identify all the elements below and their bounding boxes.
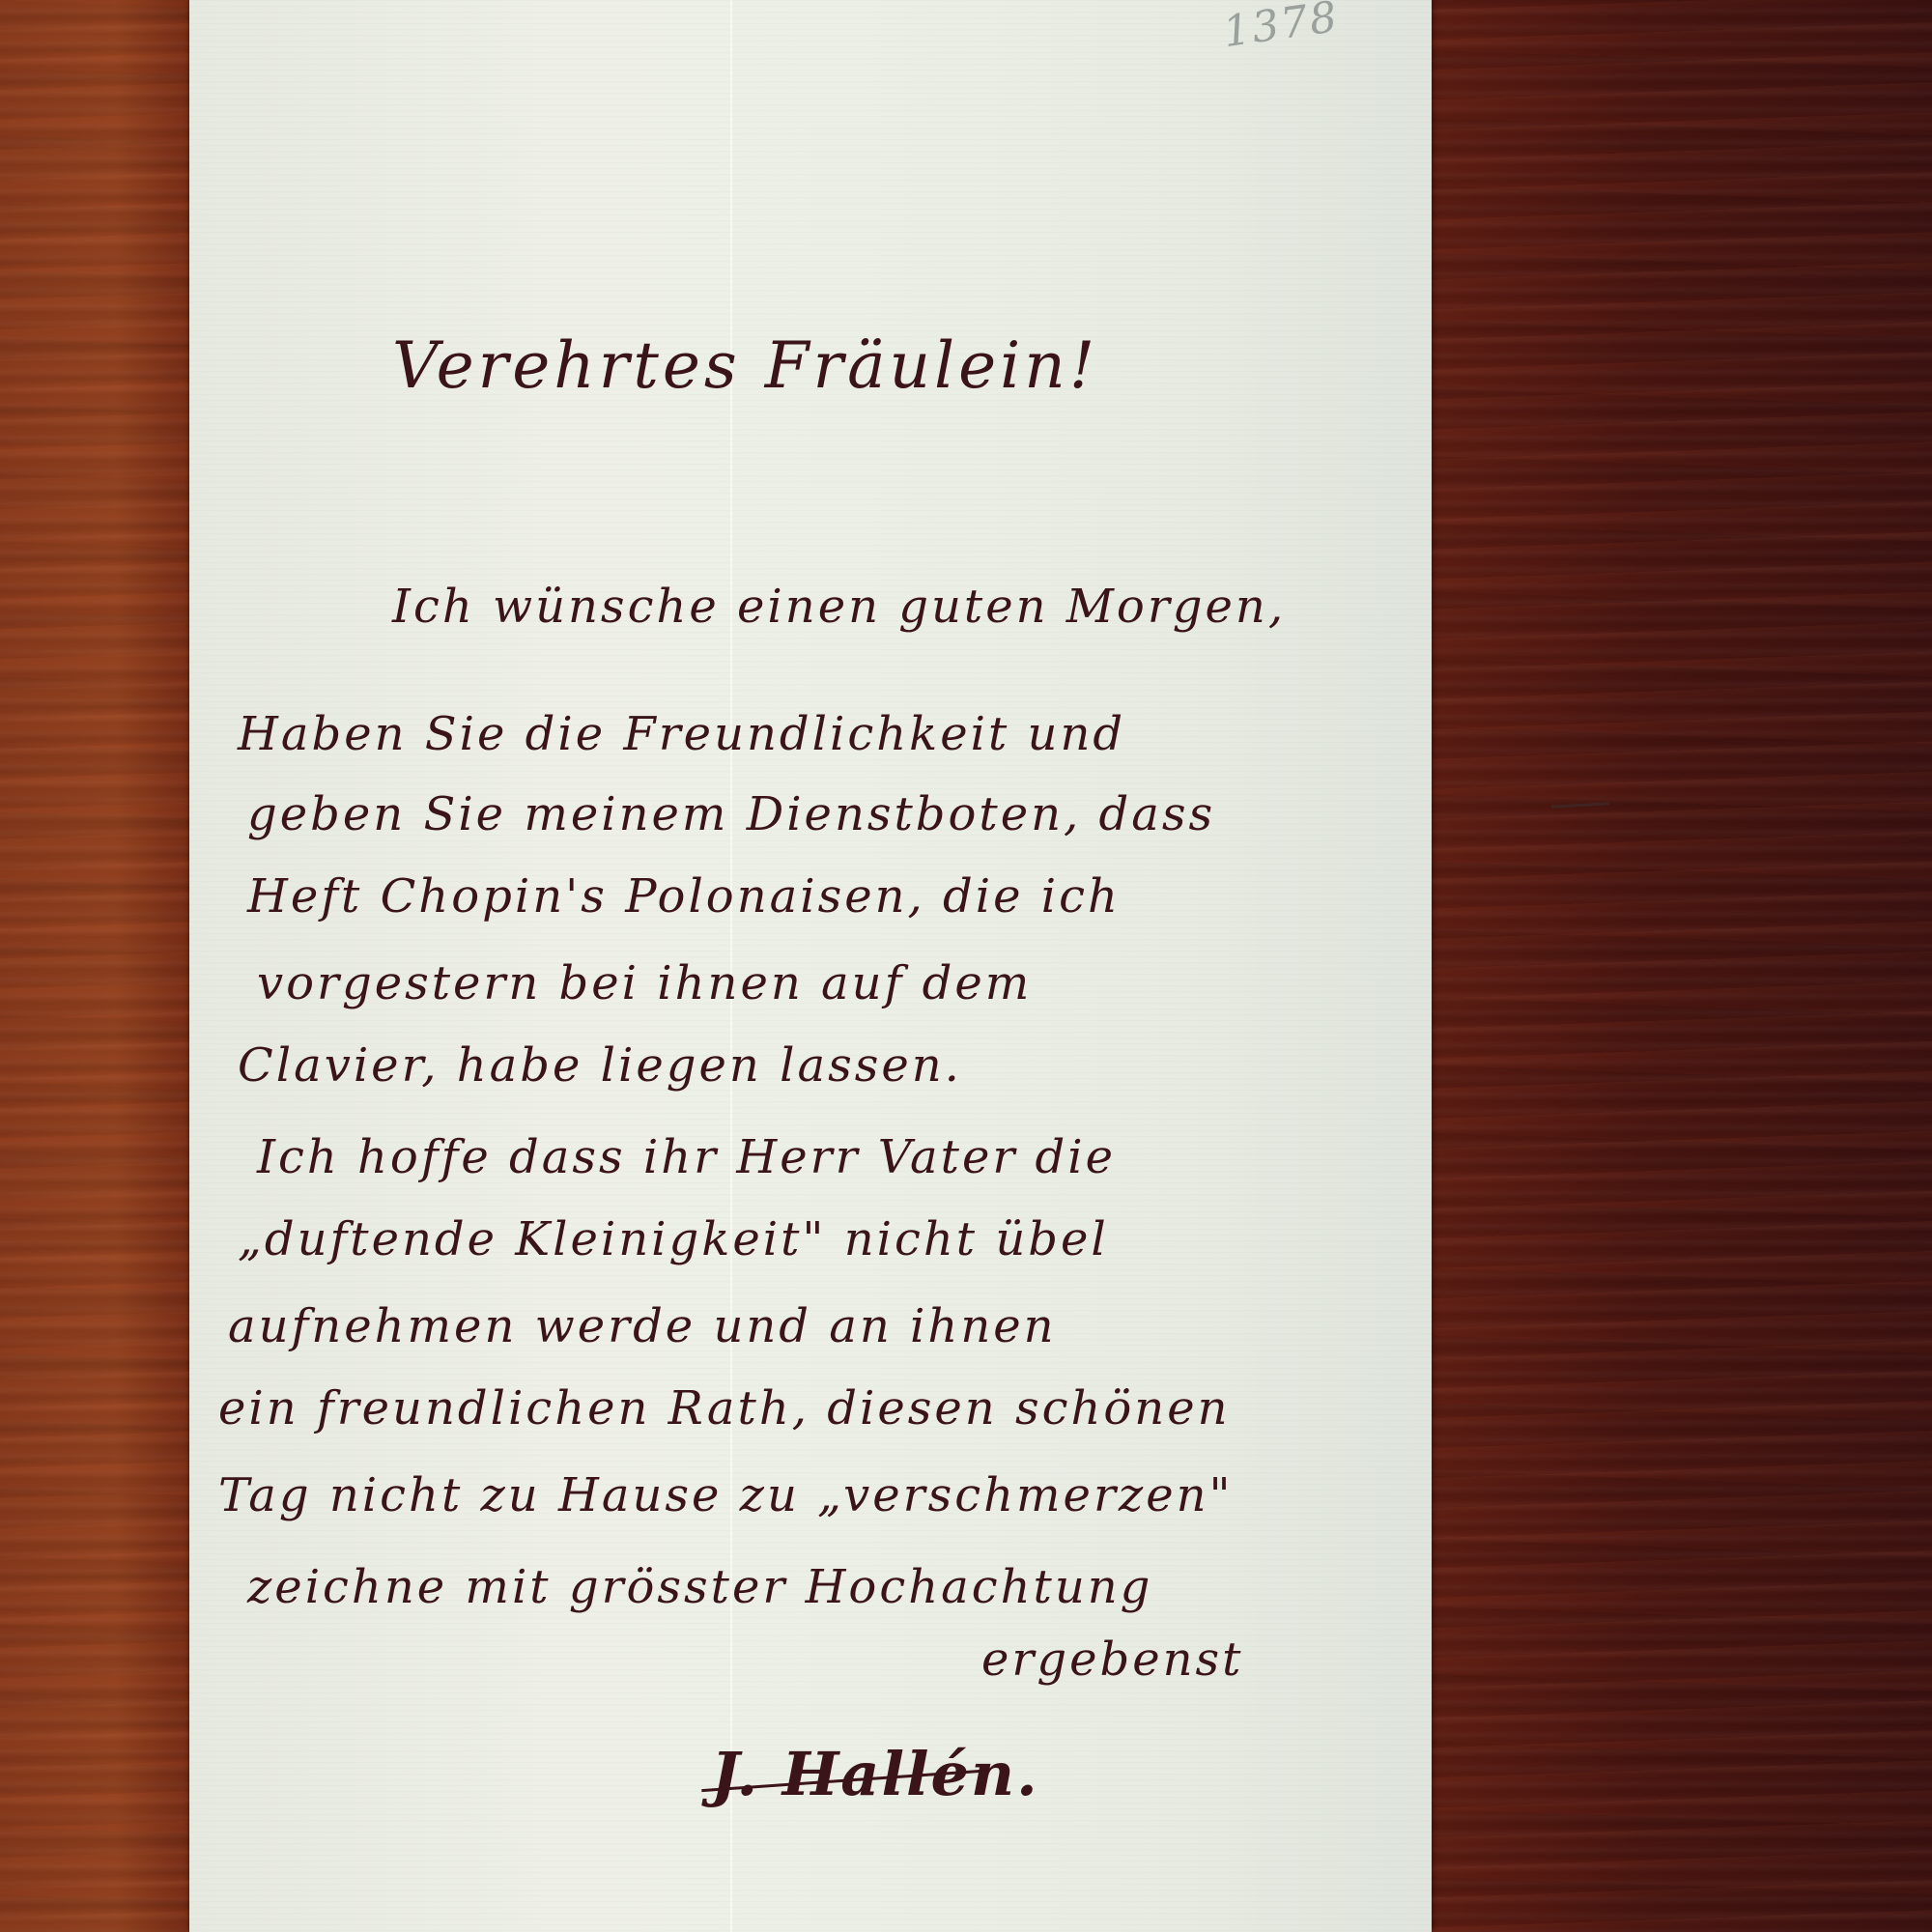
signature: J. Hallén. <box>711 1739 1039 1809</box>
letter-line: geben Sie meinem Dienstboten, dass <box>247 787 1215 841</box>
letter-line: Heft Chopin's Polonaisen, die ich <box>247 869 1121 923</box>
letter-line: zeichne mit grösster Hochachtung <box>247 1560 1152 1614</box>
letter-salutation: Verehrtes Fräulein! <box>392 328 1098 403</box>
letter-line: Ich hoffe dass ihr Herr Vater die <box>257 1130 1116 1184</box>
letter-line: vorgestern bei ihnen auf dem <box>257 956 1032 1010</box>
letter-line: ein freundlichen Rath, diesen schönen <box>218 1381 1231 1435</box>
letter-line: Clavier, habe liegen lassen. <box>238 1038 962 1093</box>
letter-line: „duftende Kleinigkeit" nicht übel <box>238 1212 1109 1266</box>
letter-line: Haben Sie die Freundlichkeit und <box>238 707 1125 761</box>
letter-line: aufnehmen werde und an ihnen <box>228 1299 1057 1353</box>
archive-number: 1378 <box>1220 0 1342 57</box>
margin-pencil-mark <box>1551 802 1609 808</box>
letter-closing: ergebenst <box>981 1633 1243 1687</box>
letter-line: Tag nicht zu Hause zu „verschmerzen" <box>218 1468 1234 1522</box>
signature-text: J. Hallén. <box>711 1739 1039 1809</box>
letter-paper: 1378 Verehrtes Fräulein! Ich wünsche ein… <box>189 0 1432 1932</box>
letter-line: Ich wünsche einen guten Morgen, <box>392 580 1286 634</box>
